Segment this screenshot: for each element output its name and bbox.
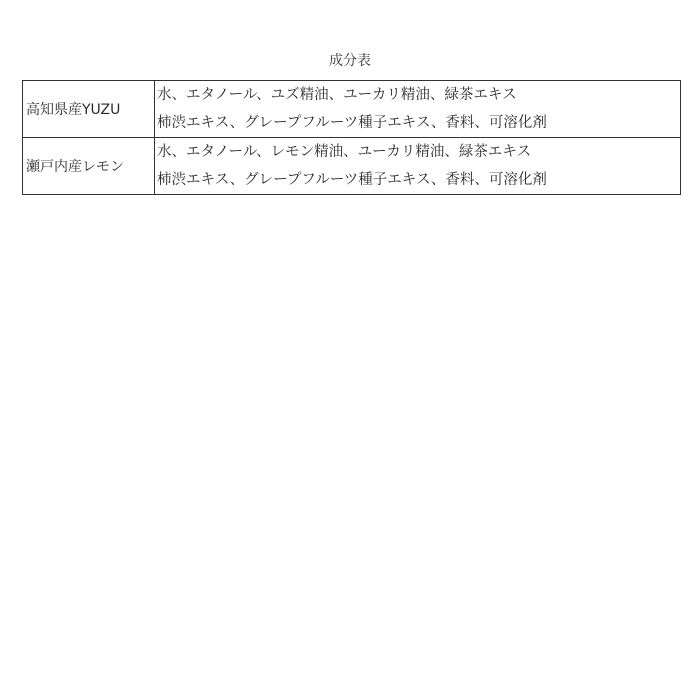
ingredient-list: 水、エタノール、ユズ精油、ユーカリ精油、緑茶エキス 柿渋エキス、グレープフルーツ… <box>155 81 681 138</box>
ingredient-line: 柿渋エキス、グレープフルーツ種子エキス、香料、可溶化剤 <box>157 109 680 137</box>
ingredient-line: 水、エタノール、レモン精油、ユーカリ精油、緑茶エキス <box>157 138 680 166</box>
table-row: 瀬戸内産レモン 水、エタノール、レモン精油、ユーカリ精油、緑茶エキス 柿渋エキス… <box>23 138 681 195</box>
table-title: 成分表 <box>0 50 700 70</box>
ingredient-line: 水、エタノール、ユズ精油、ユーカリ精油、緑茶エキス <box>157 81 680 109</box>
product-name: 高知県産YUZU <box>23 81 155 138</box>
ingredients-table: 高知県産YUZU 水、エタノール、ユズ精油、ユーカリ精油、緑茶エキス 柿渋エキス… <box>22 80 681 195</box>
ingredient-list: 水、エタノール、レモン精油、ユーカリ精油、緑茶エキス 柿渋エキス、グレープフルー… <box>155 138 681 195</box>
table-row: 高知県産YUZU 水、エタノール、ユズ精油、ユーカリ精油、緑茶エキス 柿渋エキス… <box>23 81 681 138</box>
product-name: 瀬戸内産レモン <box>23 138 155 195</box>
ingredient-line: 柿渋エキス、グレープフルーツ種子エキス、香料、可溶化剤 <box>157 166 680 194</box>
